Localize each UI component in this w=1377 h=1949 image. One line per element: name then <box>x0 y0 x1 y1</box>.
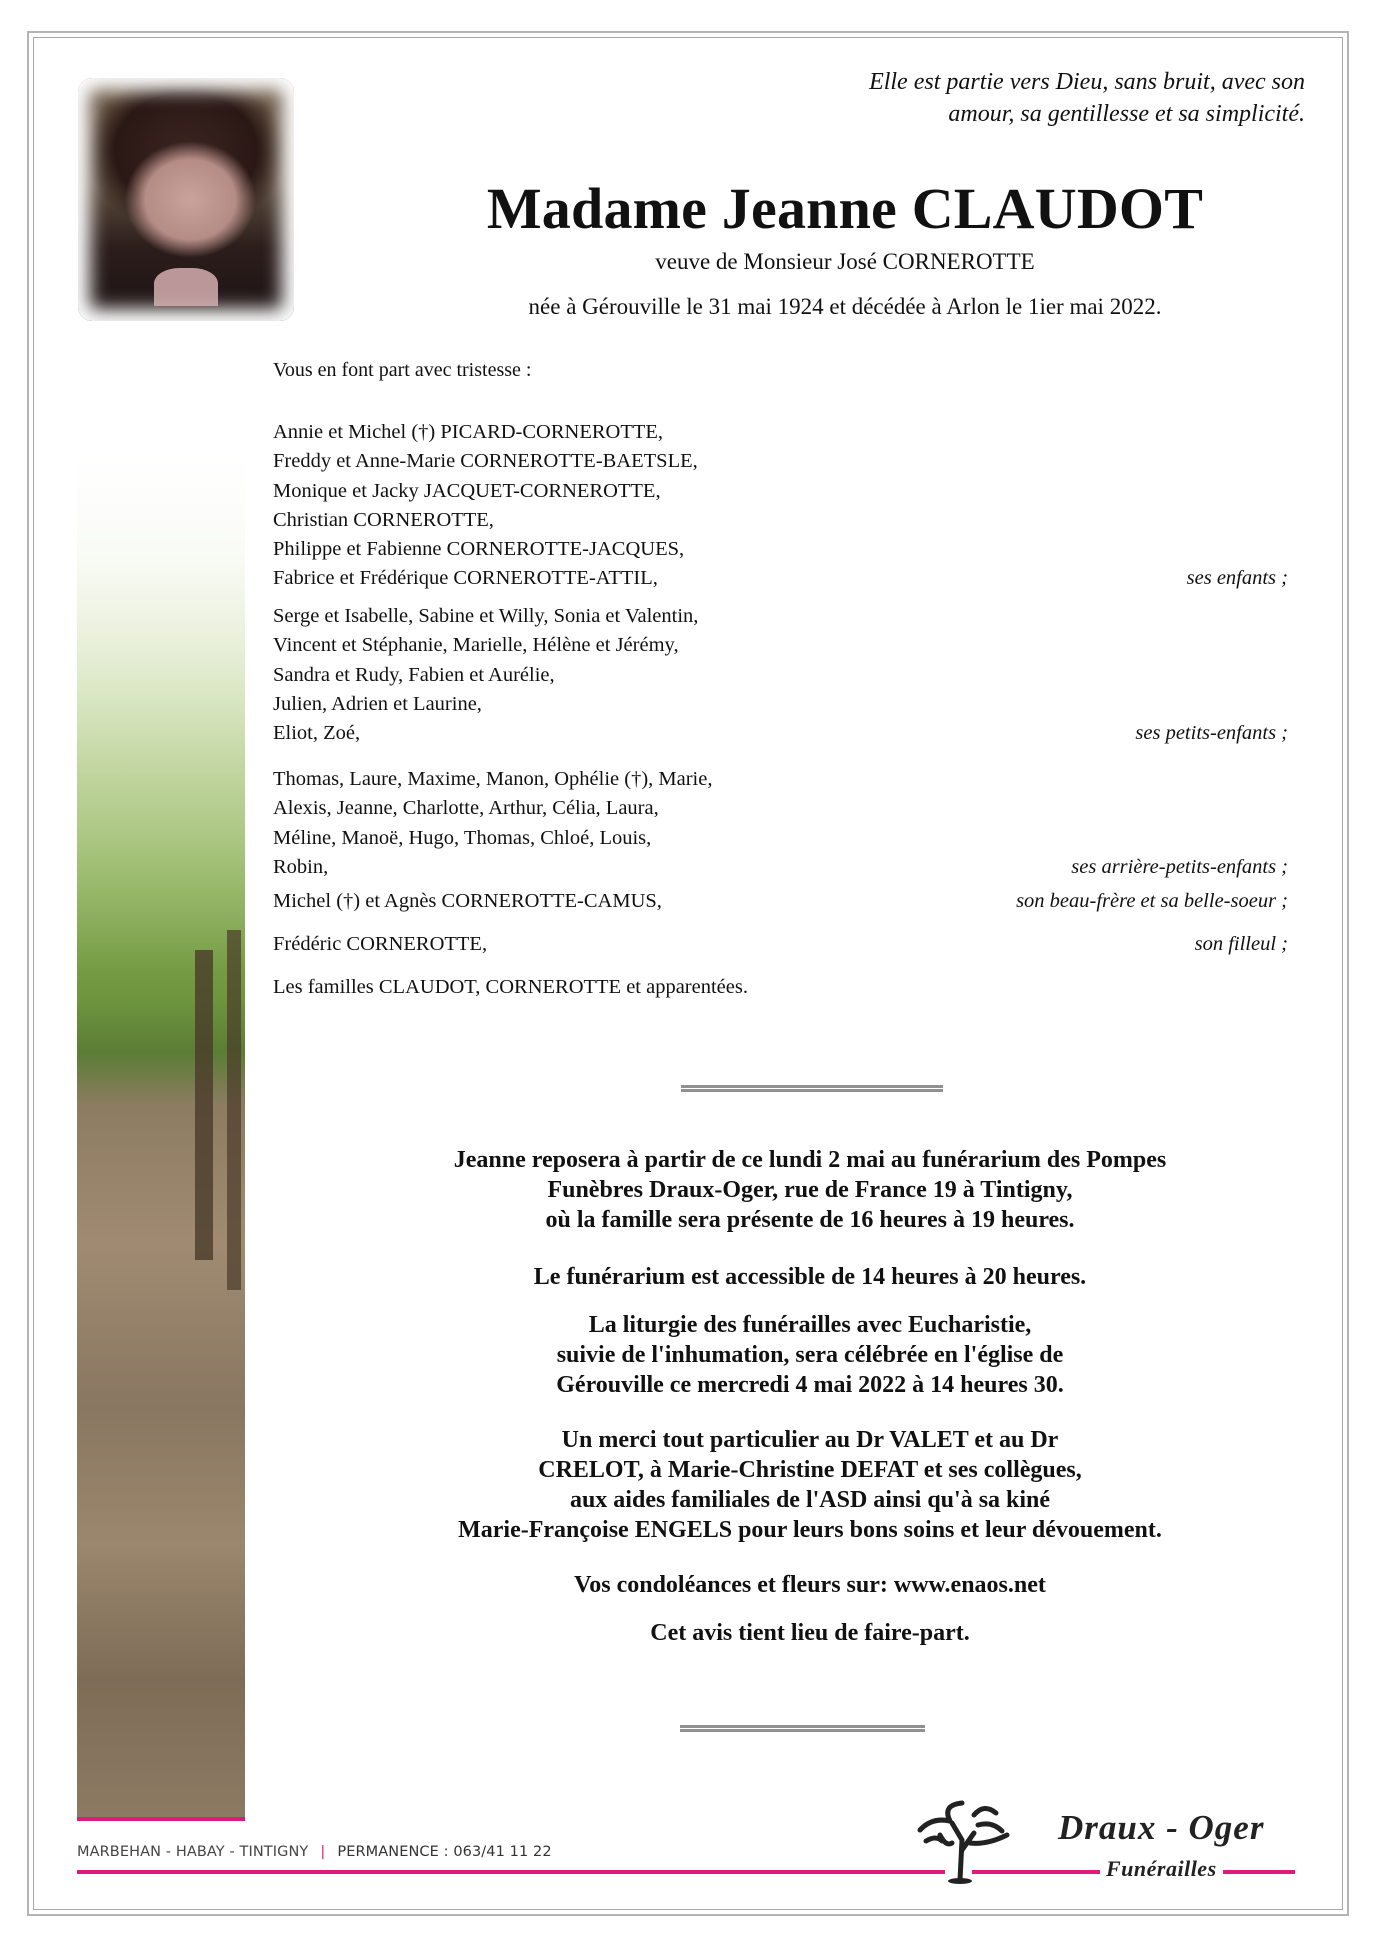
family-name-line: Philippe et Fabienne CORNEROTTE-JACQUES, <box>273 535 1288 564</box>
family-name-line: Alexis, Jeanne, Charlotte, Arthur, Célia… <box>273 794 1288 823</box>
footer-permanence: PERMANENCE : 063/41 11 22 <box>337 1844 551 1860</box>
details-line: Funèbres Draux-Oger, rue de France 19 à … <box>340 1175 1280 1205</box>
brand-subtitle: Funérailles <box>1100 1856 1223 1882</box>
family-name-line: Méline, Manoë, Hugo, Thomas, Chloé, Loui… <box>273 824 1288 853</box>
details-line: aux aides familiales de l'ASD ainsi qu'à… <box>340 1485 1280 1515</box>
family-group: Frédéric CORNEROTTE,son filleul ; <box>273 930 1288 959</box>
details-paragraph: Vos condoléances et fleurs sur: www.enao… <box>340 1570 1280 1600</box>
details-line: CRELOT, à Marie-Christine DEFAT et ses c… <box>340 1455 1280 1485</box>
family-name-line: Thomas, Laure, Maxime, Manon, Ophélie (†… <box>273 765 1288 794</box>
family-names: Annie et Michel (†) PICARD-CORNEROTTE,Fr… <box>273 418 1288 594</box>
family-group: Les familles CLAUDOT, CORNEROTTE et appa… <box>273 973 1288 1002</box>
details-paragraph: La liturgie des funérailles avec Euchari… <box>340 1310 1280 1400</box>
birth-death-line: née à Gérouville le 31 mai 1924 et décéd… <box>420 292 1270 322</box>
family-names: Frédéric CORNEROTTE, <box>273 930 1288 959</box>
deceased-name: Madame Jeanne CLAUDOT <box>420 176 1270 242</box>
family-name-line: Christian CORNEROTTE, <box>273 506 1288 535</box>
deceased-portrait <box>78 78 294 321</box>
quote-line: Elle est partie vers Dieu, sans bruit, a… <box>705 66 1305 98</box>
family-name-line: Serge et Isabelle, Sabine et Willy, Soni… <box>273 602 1288 631</box>
family-name-line: Monique et Jacky JACQUET-CORNEROTTE, <box>273 477 1288 506</box>
details-paragraph: Jeanne reposera à partir de ce lundi 2 m… <box>340 1145 1280 1235</box>
family-names: Les familles CLAUDOT, CORNEROTTE et appa… <box>273 973 1288 1002</box>
details-paragraph: Cet avis tient lieu de faire-part. <box>340 1618 1280 1648</box>
family-role: son filleul ; <box>1195 930 1288 959</box>
separator-bottom <box>680 1725 925 1732</box>
footer-locations: MARBEHAN - HABAY - TINTIGNY <box>77 1844 308 1860</box>
announcement-line: Vous en font part avec tristesse : <box>273 356 531 385</box>
family-group: Serge et Isabelle, Sabine et Willy, Soni… <box>273 602 1288 748</box>
separator-top <box>681 1085 943 1092</box>
details-line: Marie-Françoise ENGELS pour leurs bons s… <box>340 1515 1280 1545</box>
details-line: Le funérarium est accessible de 14 heure… <box>340 1262 1280 1292</box>
details-line: où la famille sera présente de 16 heures… <box>340 1205 1280 1235</box>
details-line: Cet avis tient lieu de faire-part. <box>340 1618 1280 1648</box>
family-name-line: Annie et Michel (†) PICARD-CORNEROTTE, <box>273 418 1288 447</box>
details-line: La liturgie des funérailles avec Euchari… <box>340 1310 1280 1340</box>
family-role: ses enfants ; <box>1187 564 1288 593</box>
widow-of: veuve de Monsieur José CORNEROTTE <box>420 247 1270 277</box>
details-line: Vos condoléances et fleurs sur: www.enao… <box>340 1570 1280 1600</box>
family-role: ses petits-enfants ; <box>1135 719 1288 748</box>
family-name-line: Freddy et Anne-Marie CORNEROTTE-BAETSLE, <box>273 447 1288 476</box>
family-name-line: Fabrice et Frédérique CORNEROTTE-ATTIL, <box>273 564 1288 593</box>
quote-line: amour, sa gentillesse et sa simplicité. <box>705 98 1305 130</box>
epitaph-quote: Elle est partie vers Dieu, sans bruit, a… <box>705 66 1305 130</box>
details-line: Gérouville ce mercredi 4 mai 2022 à 14 h… <box>340 1370 1280 1400</box>
family-name-line: Sandra et Rudy, Fabien et Aurélie, <box>273 661 1288 690</box>
details-paragraph: Un merci tout particulier au Dr VALET et… <box>340 1425 1280 1545</box>
family-group: Annie et Michel (†) PICARD-CORNEROTTE,Fr… <box>273 418 1288 594</box>
forest-path-image <box>77 450 245 1821</box>
family-name-line: Les familles CLAUDOT, CORNEROTTE et appa… <box>273 973 1288 1002</box>
details-line: Jeanne reposera à partir de ce lundi 2 m… <box>340 1145 1280 1175</box>
details-paragraph: Le funérarium est accessible de 14 heure… <box>340 1262 1280 1292</box>
details-line: Un merci tout particulier au Dr VALET et… <box>340 1425 1280 1455</box>
footer-contact: MARBEHAN - HABAY - TINTIGNY|PERMANENCE :… <box>77 1844 552 1860</box>
family-role: son beau-frère et sa belle-soeur ; <box>1016 887 1288 916</box>
tree-icon <box>912 1795 1012 1885</box>
details-line: suivie de l'inhumation, sera célébrée en… <box>340 1340 1280 1370</box>
family-name-line: Vincent et Stéphanie, Marielle, Hélène e… <box>273 631 1288 660</box>
family-name-line: Frédéric CORNEROTTE, <box>273 930 1288 959</box>
footer-divider: | <box>320 1844 325 1860</box>
family-role: ses arrière-petits-enfants ; <box>1071 853 1288 882</box>
family-group: Michel (†) et Agnès CORNEROTTE-CAMUS,son… <box>273 887 1288 916</box>
brand-name: Draux - Oger <box>1058 1808 1264 1848</box>
family-group: Thomas, Laure, Maxime, Manon, Ophélie (†… <box>273 765 1288 882</box>
footer-rule-left <box>77 1870 945 1874</box>
family-name-line: Julien, Adrien et Laurine, <box>273 690 1288 719</box>
